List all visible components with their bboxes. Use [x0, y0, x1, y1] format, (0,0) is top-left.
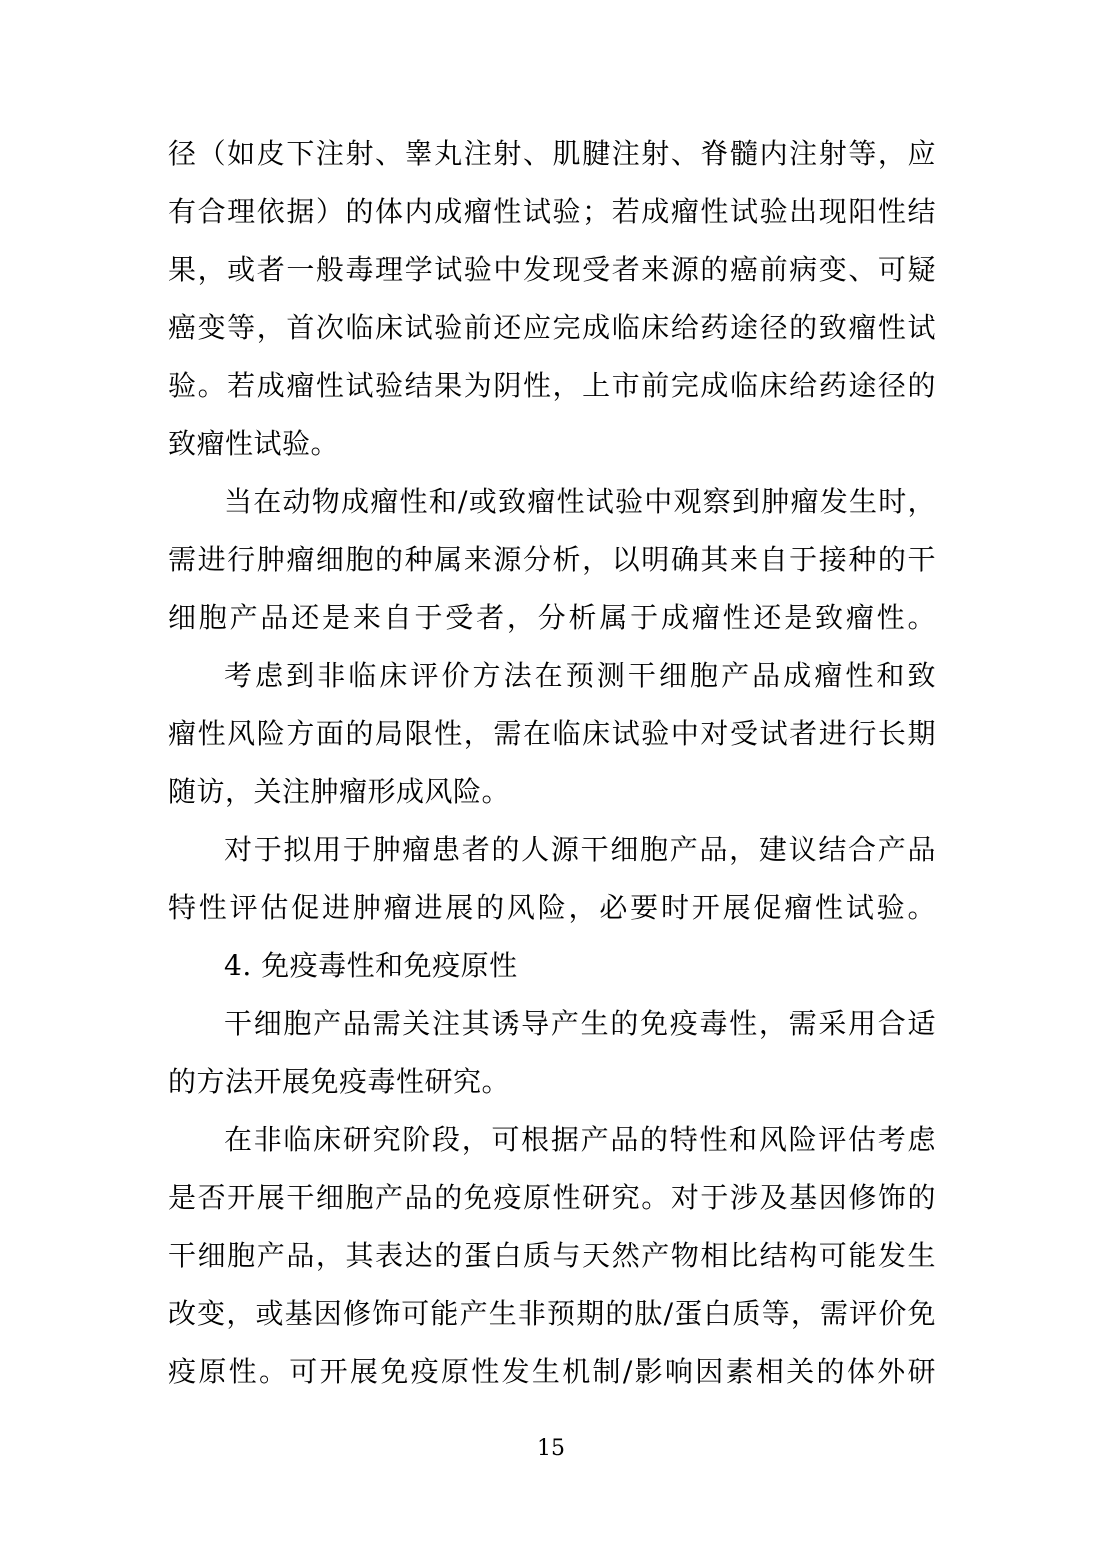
text-line: 果，或者一般毒理学试验中发现受者来源的癌前病变、可疑 [168, 241, 936, 299]
text-line: 癌变等，首次临床试验前还应完成临床给药途径的致瘤性试 [168, 299, 936, 357]
section-heading: 4. 免疫毒性和免疫原性 [168, 937, 936, 995]
text-line: 疫原性。可开展免疫原性发生机制/影响因素相关的体外研 [168, 1343, 936, 1401]
text-line: 对于拟用于肿瘤患者的人源干细胞产品，建议结合产品 [168, 821, 936, 879]
text-line: 径（如皮下注射、睾丸注射、肌腱注射、脊髓内注射等，应 [168, 125, 936, 183]
text-line: 考虑到非临床评价方法在预测干细胞产品成瘤性和致 [168, 647, 936, 705]
text-line: 在非临床研究阶段，可根据产品的特性和风险评估考虑 [168, 1111, 936, 1169]
text-line: 的方法开展免疫毒性研究。 [168, 1053, 936, 1111]
text-line: 干细胞产品需关注其诱导产生的免疫毒性，需采用合适 [168, 995, 936, 1053]
page-number: 15 [0, 1434, 1102, 1464]
text-line: 细胞产品还是来自于受者，分析属于成瘤性还是致瘤性。 [168, 589, 936, 647]
text-line: 有合理依据）的体内成瘤性试验；若成瘤性试验出现阳性结 [168, 183, 936, 241]
text-line: 当在动物成瘤性和/或致瘤性试验中观察到肿瘤发生时， [168, 473, 936, 531]
document-page: 径（如皮下注射、睾丸注射、肌腱注射、脊髓内注射等，应 有合理依据）的体内成瘤性试… [0, 0, 1102, 1559]
text-line: 随访，关注肿瘤形成风险。 [168, 763, 936, 821]
text-line: 验。若成瘤性试验结果为阴性，上市前完成临床给药途径的 [168, 357, 936, 415]
text-line: 瘤性风险方面的局限性，需在临床试验中对受试者进行长期 [168, 705, 936, 763]
text-block: 径（如皮下注射、睾丸注射、肌腱注射、脊髓内注射等，应 有合理依据）的体内成瘤性试… [168, 125, 936, 1401]
text-line: 干细胞产品，其表达的蛋白质与天然产物相比结构可能发生 [168, 1227, 936, 1285]
text-line: 改变，或基因修饰可能产生非预期的肽/蛋白质等，需评价免 [168, 1285, 936, 1343]
text-line: 需进行肿瘤细胞的种属来源分析，以明确其来自于接种的干 [168, 531, 936, 589]
text-line: 特性评估促进肿瘤进展的风险，必要时开展促瘤性试验。 [168, 879, 936, 937]
text-line: 是否开展干细胞产品的免疫原性研究。对于涉及基因修饰的 [168, 1169, 936, 1227]
text-line: 致瘤性试验。 [168, 415, 936, 473]
